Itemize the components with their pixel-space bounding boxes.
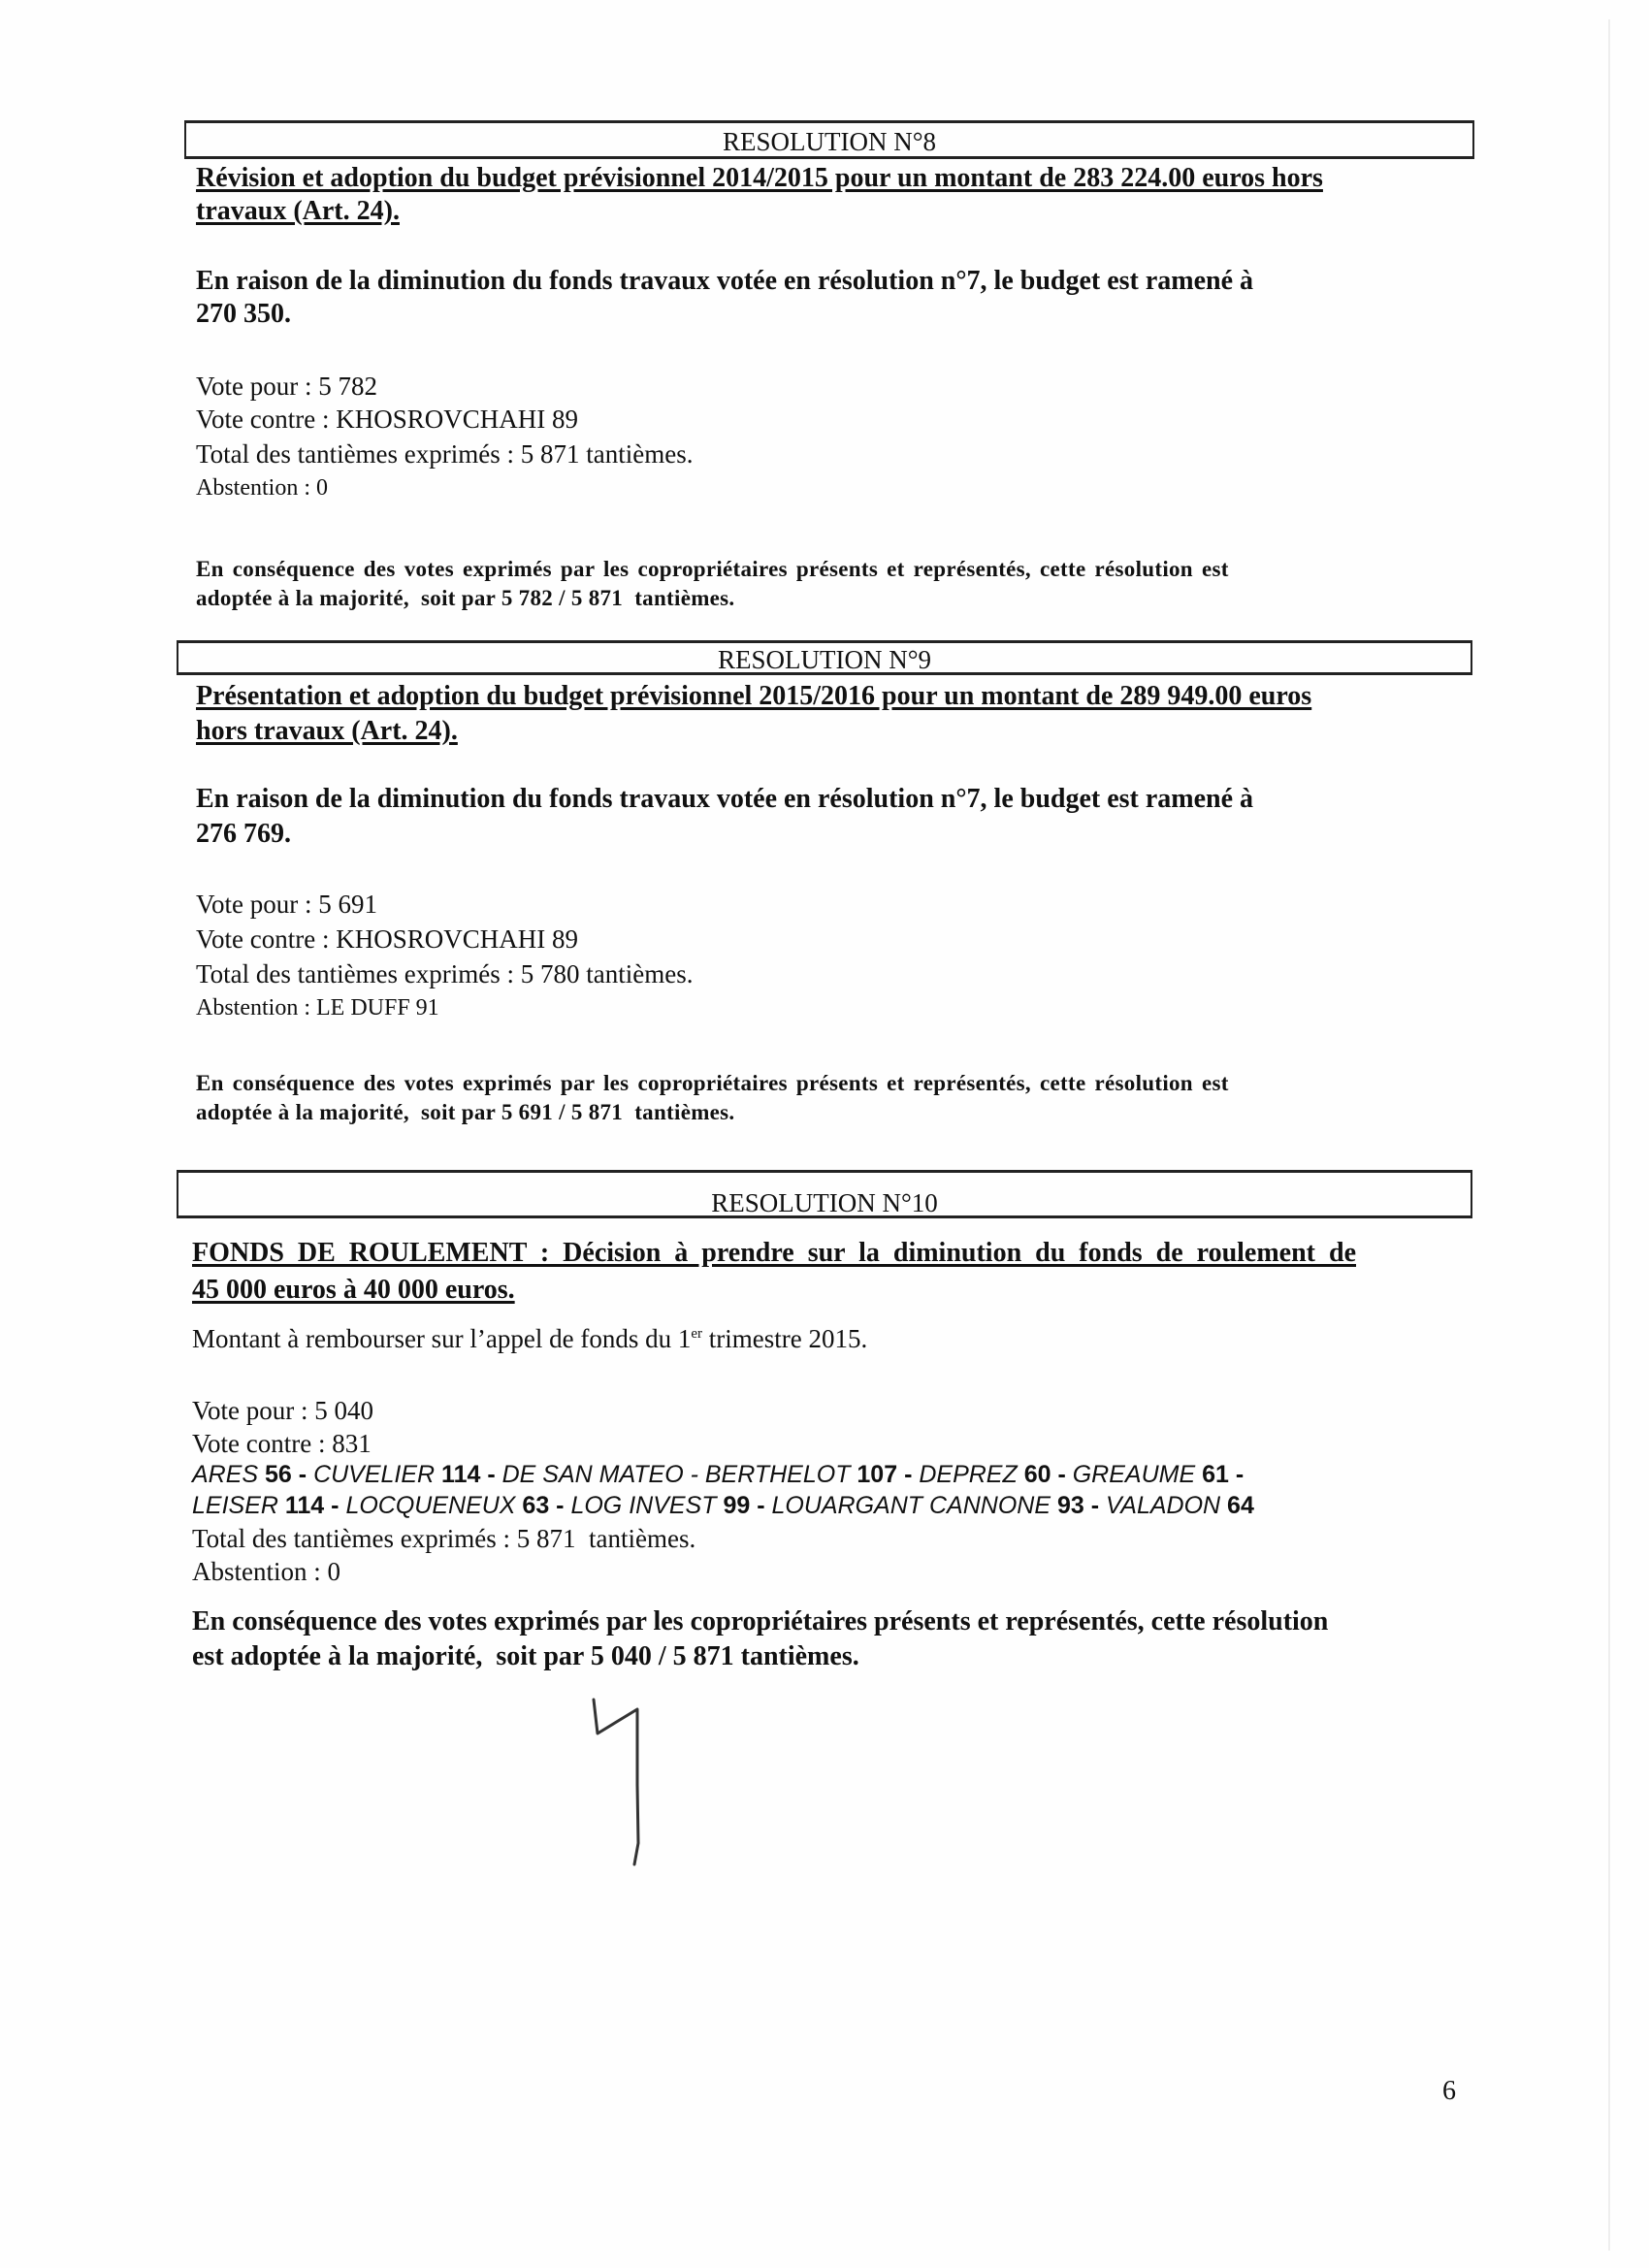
resolution-10-montant-prefix: Montant à rembourser sur l’appel de fond… (192, 1324, 691, 1353)
resolution-9-heading-box: RESOLUTION N°9 (177, 640, 1472, 675)
document-page: RESOLUTION N°8 Révision et adoption du b… (0, 0, 1649, 2268)
resolution-9-total: Total des tantièmes exprimés : 5 780 tan… (196, 958, 694, 989)
contre-owner-tantiemes: 64 (1227, 1492, 1254, 1519)
resolution-10-contre-list-line1: ARES 56 - CUVELIER 114 - DE SAN MATEO - … (192, 1459, 1244, 1490)
contre-owner-tantiemes: 99 (723, 1492, 750, 1519)
contre-owner-name: DE SAN MATEO - BERTHELOT (502, 1461, 857, 1488)
resolution-9-abstention: Abstention : LE DUFF 91 (196, 993, 439, 1022)
page-number: 6 (1442, 2076, 1456, 2107)
resolution-10-conclusion-line2: est adoptée à la majorité, soit par 5 04… (192, 1639, 859, 1674)
resolution-8-total: Total des tantièmes exprimés : 5 871 tan… (196, 438, 694, 470)
contre-owner-tantiemes: 114 (285, 1492, 324, 1519)
resolution-8-heading-box: RESOLUTION N°8 (184, 120, 1474, 159)
contre-owner-name: GREAUME (1073, 1461, 1202, 1488)
contre-separator: - (292, 1461, 313, 1488)
resolution-10-contre-list-line2: LEISER 114 - LOCQUENEUX 63 - LOG INVEST … (192, 1490, 1254, 1521)
resolution-9-vote-pour: Vote pour : 5 691 (196, 889, 377, 920)
resolution-9-vote-contre: Vote contre : KHOSROVCHAHI 89 (196, 923, 578, 955)
contre-owner-name: LOUARGANT CANNONE (771, 1492, 1056, 1519)
resolution-8-note-line2: 270 350. (196, 297, 291, 332)
resolution-8-vote-contre: Vote contre : KHOSROVCHAHI 89 (196, 404, 578, 435)
contre-separator: - (480, 1461, 501, 1488)
contre-separator: - (549, 1492, 570, 1519)
resolution-9-conclusion-line1: En conséquence des votes exprimés par le… (196, 1069, 1467, 1098)
resolution-10-vote-pour: Vote pour : 5 040 (192, 1395, 373, 1426)
resolution-10-total: Total des tantièmes exprimés : 5 871 tan… (192, 1523, 695, 1554)
resolution-8-title-line2: travaux (Art. 24). (196, 194, 400, 229)
contre-owner-tantiemes: 56 (265, 1461, 292, 1488)
resolution-10-heading-box: RESOLUTION N°10 (177, 1170, 1472, 1218)
contre-separator: - (1084, 1492, 1106, 1519)
resolution-9-conclusion-line2: adoptée à la majorité, soit par 5 691 / … (196, 1098, 735, 1127)
contre-owner-tantiemes: 107 (857, 1461, 897, 1488)
contre-owner-tantiemes: 93 (1057, 1492, 1084, 1519)
contre-owner-tantiemes: 60 (1024, 1461, 1051, 1488)
resolution-10-montant-suffix: trimestre 2015. (702, 1324, 867, 1353)
contre-owner-tantiemes: 63 (522, 1492, 549, 1519)
contre-owner-tantiemes: 114 (441, 1461, 480, 1488)
contre-separator: - (1051, 1461, 1073, 1488)
resolution-10-heading: RESOLUTION N°10 (711, 1190, 938, 1216)
resolution-8-note-line1: En raison de la diminution du fonds trav… (196, 264, 1253, 299)
contre-owner-name: CUVELIER (313, 1461, 441, 1488)
resolution-9-heading: RESOLUTION N°9 (718, 647, 931, 673)
resolution-8-vote-pour: Vote pour : 5 782 (196, 371, 377, 402)
resolution-9-note-line2: 276 769. (196, 817, 291, 852)
resolution-9-title-line2: hors travaux (Art. 24). (196, 714, 458, 749)
resolution-10-montant-sup: er (691, 1326, 702, 1342)
resolution-8-abstention: Abstention : 0 (196, 473, 328, 502)
contre-owner-name: LEISER (192, 1492, 285, 1519)
contre-owner-name: ARES (192, 1461, 265, 1488)
resolution-10-title-line2: 45 000 euros à 40 000 euros. (192, 1273, 515, 1308)
scan-edge (1608, 19, 1610, 2251)
contre-separator: - (897, 1461, 919, 1488)
resolution-10-conclusion-line1: En conséquence des votes exprimés par le… (192, 1604, 1328, 1639)
handwritten-initial-icon (582, 1688, 679, 1882)
resolution-8-conclusion-line1: En conséquence des votes exprimés par le… (196, 555, 1467, 584)
resolution-8-conclusion-line2: adoptée à la majorité, soit par 5 782 / … (196, 584, 735, 613)
contre-owner-name: LOCQUENEUX (345, 1492, 522, 1519)
contre-owner-name: VALADON (1106, 1492, 1227, 1519)
contre-owner-tantiemes: 61 (1202, 1461, 1229, 1488)
resolution-8-heading: RESOLUTION N°8 (723, 129, 936, 155)
contre-separator: - (750, 1492, 771, 1519)
resolution-9-title-line1: Présentation et adoption du budget prévi… (196, 679, 1311, 714)
contre-owner-name: LOG INVEST (570, 1492, 723, 1519)
contre-separator: - (324, 1492, 345, 1519)
resolution-8-title-line1: Révision et adoption du budget prévision… (196, 161, 1323, 196)
resolution-10-title-line1: FONDS DE ROULEMENT : Décision à prendre … (192, 1236, 1356, 1271)
resolution-10-abstention: Abstention : 0 (192, 1556, 340, 1587)
resolution-10-vote-contre: Vote contre : 831 (192, 1428, 372, 1459)
contre-separator: - (1229, 1461, 1244, 1488)
resolution-9-note-line1: En raison de la diminution du fonds trav… (196, 782, 1253, 817)
contre-owner-name: DEPREZ (919, 1461, 1023, 1488)
resolution-10-montant: Montant à rembourser sur l’appel de fond… (192, 1323, 867, 1354)
